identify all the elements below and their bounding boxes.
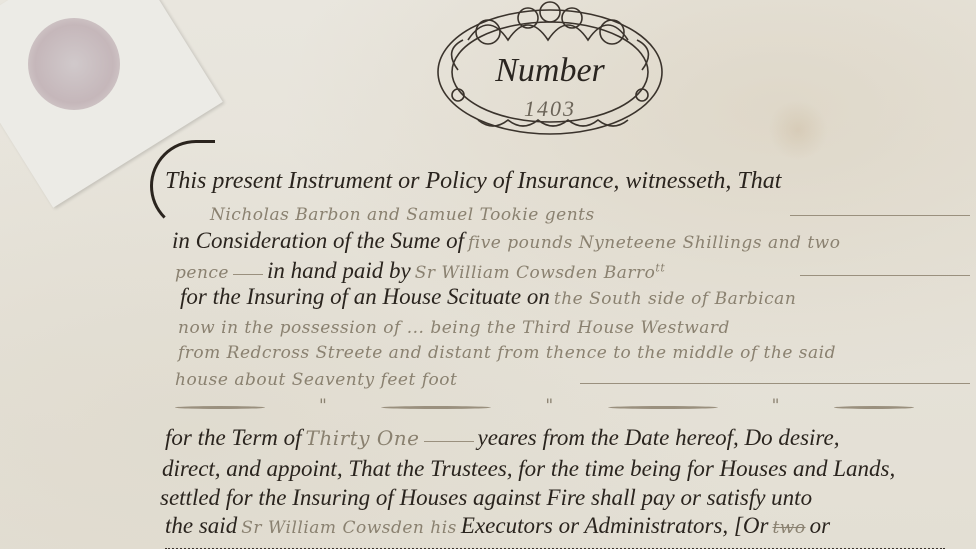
flourish-dash xyxy=(834,406,914,409)
term-label: for the Term of xyxy=(165,425,302,450)
blank-rule xyxy=(580,383,970,384)
term-years: Thirty One xyxy=(306,426,420,450)
ditto-row: " " " xyxy=(175,396,955,416)
blank-rule xyxy=(424,441,474,442)
insured-names: Nicholas Barbon and Samuel Tookie gents xyxy=(210,205,595,225)
consideration-line: in Consideration of the Sume of five pou… xyxy=(172,228,840,254)
number-label: Number xyxy=(428,52,672,90)
said-label: the said xyxy=(165,513,237,538)
settled-line: settled for the Insuring of Houses again… xyxy=(160,485,812,511)
struck-text: two xyxy=(772,518,805,538)
term-line: for the Term of Thirty One yeares from t… xyxy=(165,425,839,451)
flourish-dash xyxy=(381,406,491,409)
ditto-mark: " xyxy=(772,396,780,416)
or-label: or xyxy=(810,513,830,538)
blank-rule xyxy=(790,215,970,216)
direct-appoint-line: direct, and appoint, That the Trustees, … xyxy=(162,456,895,482)
flourish-dash xyxy=(608,406,718,409)
blank-rule xyxy=(233,274,263,275)
policy-number: 1403 xyxy=(428,96,672,122)
years-clause: yeares from the Date hereof, Do desire, xyxy=(478,425,840,450)
insuring-label: for the Insuring of an House Scituate on xyxy=(180,284,550,309)
flourish-dash xyxy=(175,406,265,409)
payment-line: pence in hand paid by Sr William Cowsden… xyxy=(175,258,665,284)
location-line-3: from Redcross Streete and distant from t… xyxy=(178,343,836,363)
ditto-mark: " xyxy=(545,396,553,416)
location-line-1: the South side of Barbican xyxy=(554,289,796,309)
ditto-mark: " xyxy=(319,396,327,416)
paid-by-superscript: tt xyxy=(655,262,665,275)
location-line-4: house about Seaventy feet foot xyxy=(175,370,457,390)
insuring-line: for the Insuring of an House Scituate on… xyxy=(180,284,796,310)
number-cartouche: Number 1403 xyxy=(428,0,672,150)
sum-continued: pence xyxy=(175,263,229,283)
truncated-line xyxy=(165,540,945,549)
sum-amount: five pounds Nyneteene Shillings and two xyxy=(468,233,840,253)
said-party-name: Sr William Cowsden his xyxy=(241,518,457,538)
wax-seal-impression xyxy=(28,18,120,110)
location-line-2: now in the possession of ... being the T… xyxy=(178,318,730,338)
paid-by-name: Sr William Cowsden Barro xyxy=(415,263,656,283)
blank-rule xyxy=(800,275,970,276)
said-party-line: the said Sr William Cowsden his Executor… xyxy=(165,513,830,539)
paid-by-label: in hand paid by xyxy=(267,258,411,283)
paper-stain xyxy=(768,100,828,160)
executors-clause: Executors or Administrators, [Or xyxy=(461,513,769,538)
policy-opening-line: This present Instrument or Policy of Ins… xyxy=(165,168,781,195)
consideration-label: in Consideration of the Sume of xyxy=(172,228,464,253)
